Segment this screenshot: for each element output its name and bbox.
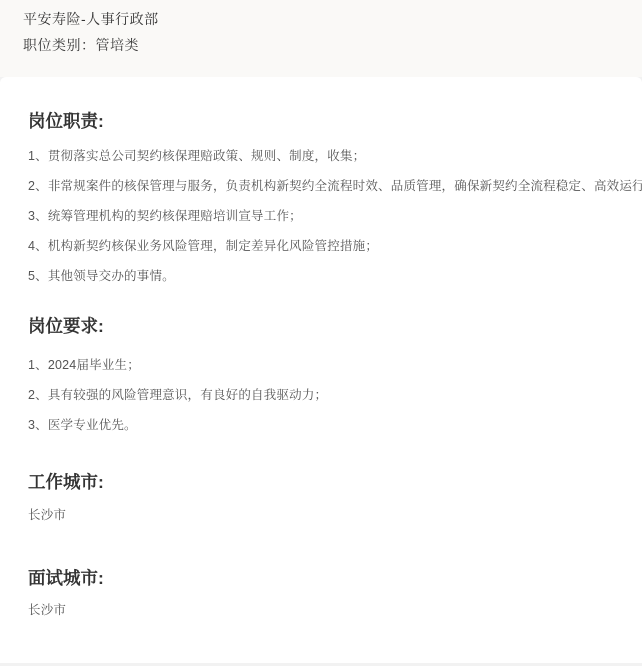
duty-item: 2、非常规案件的核保管理与服务，负责机构新契约全流程时效、品质管理，确保新契约全… xyxy=(28,178,616,195)
section-heading-interview-city: 面试城市: xyxy=(28,569,616,587)
job-detail-page: 平安寿险-人事行政部 职位类别：管培类 岗位职责: 1、贯彻落实总公司契约核保理… xyxy=(0,0,642,666)
section-heading-requirements: 岗位要求: xyxy=(28,317,616,335)
duty-item: 5、其他领导交办的事情。 xyxy=(28,268,616,285)
requirement-item: 3、医学专业优先。 xyxy=(28,417,616,434)
duty-item: 1、贯彻落实总公司契约核保理赔政策、规则、制度，收集； xyxy=(28,148,616,165)
job-header: 平安寿险-人事行政部 职位类别：管培类 xyxy=(0,0,642,77)
job-detail-card: 岗位职责: 1、贯彻落实总公司契约核保理赔政策、规则、制度，收集； 2、非常规案… xyxy=(0,77,642,663)
requirement-item: 2、具有较强的风险管理意识，有良好的自我驱动力； xyxy=(28,387,616,404)
work-city-value: 长沙市 xyxy=(28,507,616,524)
duty-item: 3、统筹管理机构的契约核保理赔培训宣导工作； xyxy=(28,208,616,225)
interview-city-value: 长沙市 xyxy=(28,602,616,619)
job-category: 职位类别：管培类 xyxy=(23,38,622,52)
requirement-item: 1、2024届毕业生； xyxy=(28,357,616,374)
section-heading-duties: 岗位职责: xyxy=(28,112,616,130)
section-heading-work-city: 工作城市: xyxy=(28,473,616,491)
duty-item: 4、机构新契约核保业务风险管理，制定差异化风险管控措施； xyxy=(28,238,616,255)
job-title: 平安寿险-人事行政部 xyxy=(23,12,622,26)
